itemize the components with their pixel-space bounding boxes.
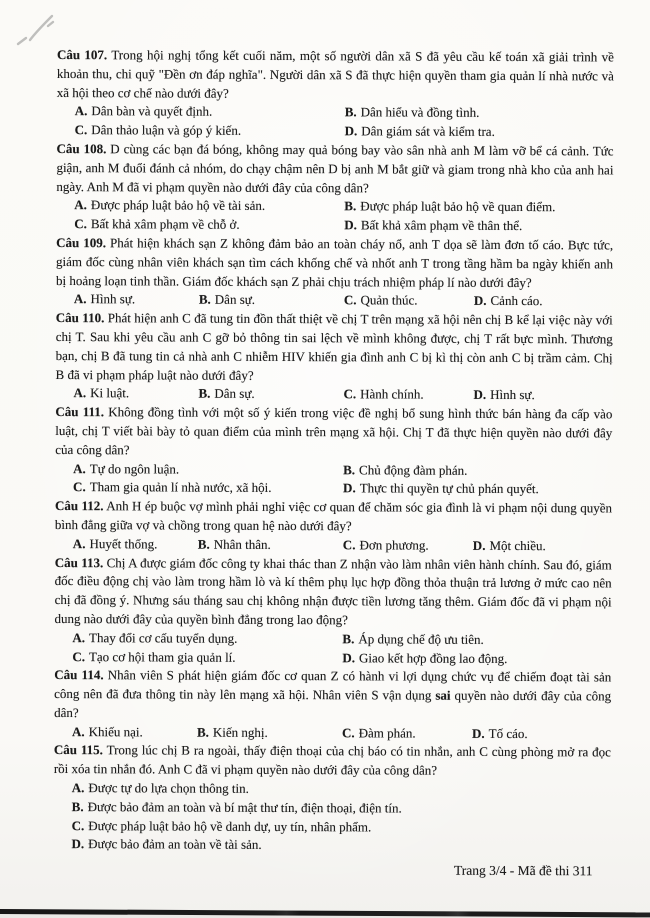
question-number: Câu 107. (57, 47, 107, 62)
option: A.Khiếu nại. (72, 723, 197, 742)
option-text: Huyết thống. (89, 536, 157, 551)
option-letter: D. (342, 650, 355, 665)
option-letter: C. (73, 479, 86, 494)
option-letter: D. (345, 123, 358, 138)
option: B.Áp dụng chế độ ưu tiên. (342, 630, 611, 650)
question-text: Câu 111. Không đồng tình với một số ý ki… (55, 403, 612, 462)
question-number: Câu 115. (54, 742, 103, 757)
option-text: Được tự do lựa chọn thông tin. (88, 780, 249, 796)
option: D.Bất khả xâm phạm về thân thể. (344, 216, 613, 236)
question-113: Câu 113. Chị A được giám đốc công ty kha… (54, 554, 611, 669)
option-text: Bất khả xâm phạm về chỗ ở. (91, 216, 240, 232)
option: A.Hình sự. (74, 290, 199, 309)
question-number: Câu 112. (55, 498, 104, 513)
options: A.Được pháp luật bảo hộ về tài sản. B.Đư… (56, 196, 613, 236)
option-text: Bất khả xâm phạm về thân thể. (361, 217, 522, 233)
option-letter: D. (474, 293, 487, 308)
question-text: Câu 107. Trong hội nghị tổng kết cuối nă… (57, 46, 614, 105)
page-footer: Trang 3/4 - Mã đề thi 311 (453, 862, 592, 881)
option: B.Nhân thân. (198, 535, 343, 554)
option-text: Được pháp luật bảo hộ về quan điểm. (360, 199, 555, 215)
option: B.Kiến nghị. (197, 723, 342, 742)
option-letter: B. (198, 386, 210, 401)
option: A.Dân bàn và quyết định. (75, 102, 345, 122)
options: A.Khiếu nại. B.Kiến nghị. C.Đàm phán. D.… (54, 723, 611, 744)
question-text: Câu 113. Chị A được giám đốc công ty kha… (54, 554, 611, 632)
option: A.Huyết thống. (73, 535, 198, 554)
option: A.Được pháp luật bảo hộ về tài sản. (74, 196, 344, 216)
option-letter: A. (72, 780, 85, 795)
scanned-exam-page: Câu 107. Trong hội nghị tổng kết cuối nă… (0, 0, 650, 918)
options: A.Được tự do lựa chọn thông tin. B.Được … (53, 779, 610, 857)
question-text: Câu 108. D cùng các bạn đá bóng, không m… (56, 140, 613, 199)
option-letter: C. (344, 293, 357, 308)
option-letter: B. (345, 105, 357, 120)
option: B.Dân sự. (199, 291, 344, 310)
option-letter: A. (74, 291, 87, 306)
question-number: Câu 111. (55, 404, 104, 419)
option-letter: D. (472, 726, 485, 741)
option-text: Cảnh cáo. (491, 293, 543, 308)
option: D.Cảnh cáo. (474, 292, 613, 311)
question-text: Câu 109. Phát hiện khách sạn Z không đảm… (56, 234, 613, 293)
option: A.Tự do ngôn luận. (73, 460, 343, 480)
question-text: Câu 115. Trong lúc chị B ra ngoài, thấy … (54, 741, 611, 781)
option-text: Dân thảo luận và góp ý kiến. (91, 122, 241, 138)
question-body: D cùng các bạn đá bóng, không may quả bó… (56, 141, 613, 195)
option: B.Dân sự. (198, 385, 343, 404)
option-text: Tố cáo. (489, 726, 528, 741)
option-letter: D. (344, 217, 357, 232)
option-text: Đơn phương. (359, 537, 428, 552)
option: D.Được bảo đảm an toàn về tài sản. (71, 836, 610, 857)
option: C.Tham gia quản lí nhà nước, xã hội. (73, 478, 343, 498)
option-letter: D. (473, 538, 486, 553)
option: D.Một chiều. (473, 537, 612, 556)
options: A.Huyết thống. B.Nhân thân. C.Đơn phương… (55, 535, 612, 556)
option-text: Được bảo đảm an toàn về tài sản. (88, 837, 262, 853)
question-number: Câu 113. (55, 555, 104, 570)
question-text: Câu 112. Anh H ép buộc vợ mình phải nghỉ… (55, 497, 612, 537)
question-115: Câu 115. Trong lúc chị B ra ngoài, thấy … (53, 741, 610, 856)
option: C.Hành chính. (343, 386, 473, 405)
question-body: Chị A được giám đốc công ty khai thác th… (54, 555, 611, 627)
option-text: Được bảo đảm an toàn và bí mật thư tín, … (88, 799, 402, 815)
option-text: Tạo cơ hội tham gia quản lí. (89, 649, 236, 665)
option-letter: C. (72, 818, 85, 833)
options: A.Hình sự. B.Dân sự. C.Quản thúc. D.Cảnh… (56, 290, 613, 311)
option-text: Chủ động đàm phán. (359, 462, 467, 477)
option-text: Nhân thân. (214, 536, 271, 551)
question-number: Câu 110. (56, 310, 105, 325)
option: B.Chủ động đàm phán. (343, 461, 612, 481)
option-letter: C. (342, 725, 355, 740)
options: A.Dân bàn và quyết định. B.Dân hiểu và đ… (57, 102, 614, 142)
question-111: Câu 111. Không đồng tình với một số ý ki… (55, 403, 612, 499)
option-letter: C. (343, 387, 356, 402)
option-text: Hành chính. (360, 387, 424, 402)
option: D.Tố cáo. (472, 725, 611, 744)
option: A.Thay đổi cơ cấu tuyển dụng. (72, 629, 342, 649)
option: B.Được bảo đảm an toàn và bí mật thư tín… (72, 798, 611, 819)
question-body: Trong lúc chị B ra ngoài, thấy điện thoạ… (54, 743, 611, 778)
option-letter: D. (473, 387, 486, 402)
question-body: Phát hiện khách sạn Z không đảm bảo an t… (56, 235, 613, 289)
option-letter: B. (199, 292, 211, 307)
question-body: Không đồng tình với một số ý kiến trong … (55, 404, 612, 457)
option-text: Được pháp luật bảo hộ về danh dự, uy tín… (88, 818, 371, 834)
question-107: Câu 107. Trong hội nghị tổng kết cuối nă… (57, 46, 614, 142)
option-letter: B. (342, 631, 354, 646)
question-110: Câu 110. Phát hiện anh C đã tung tin đồn… (55, 309, 612, 405)
option-text: Quản thúc. (361, 293, 418, 308)
options: A.Tự do ngôn luận. B.Chủ động đàm phán. … (55, 460, 612, 500)
exam-questions-block: Câu 107. Trong hội nghị tổng kết cuối nă… (53, 46, 614, 857)
option-text: Được pháp luật bảo hộ về tài sản. (91, 198, 265, 214)
option-letter: B. (343, 462, 355, 477)
option: D.Dân giám sát và kiểm tra. (345, 122, 614, 142)
option-text: Khiếu nại. (89, 724, 143, 739)
option: C.Dân thảo luận và góp ý kiến. (75, 121, 345, 141)
option-text: Dân giám sát và kiểm tra. (361, 124, 495, 140)
question-body: Anh H ép buộc vợ mình phải nghỉ việc cơ … (55, 498, 612, 533)
question-114: Câu 114. Nhân viên S phát hiện giám đốc … (54, 666, 611, 744)
option: C.Tạo cơ hội tham gia quản lí. (72, 648, 342, 668)
option: C.Đàm phán. (342, 724, 472, 743)
option: C.Đơn phương. (343, 536, 473, 555)
option-letter: A. (75, 103, 88, 118)
options: A.Thay đổi cơ cấu tuyển dụng. B.Áp dụng … (54, 629, 611, 669)
option-letter: A. (72, 724, 85, 739)
option-letter: C. (72, 649, 85, 664)
option-letter: B. (344, 199, 356, 214)
option: D.Thực thi quyền tự chủ phán quyết. (343, 480, 612, 500)
option-text: Hình sự. (91, 292, 136, 307)
option: C.Bất khả xâm phạm về chỗ ở. (74, 215, 344, 235)
options: A.Ki luật. B.Dân sự. C.Hành chính. D.Hìn… (55, 384, 612, 405)
option-letter: D. (71, 837, 84, 852)
option-text: Dân sự. (214, 386, 254, 401)
option-letter: A. (74, 197, 87, 212)
option-text: Thực thi quyền tự chủ phán quyết. (360, 481, 539, 497)
option-text: Thay đổi cơ cấu tuyển dụng. (89, 630, 237, 646)
option: C.Được pháp luật bảo hộ về danh dự, uy t… (72, 817, 611, 838)
option-letter: C. (343, 537, 356, 552)
question-body: Trong hội nghị tổng kết cuối năm, một số… (57, 47, 614, 100)
question-112: Câu 112. Anh H ép buộc vợ mình phải nghỉ… (55, 497, 612, 556)
option-letter: A. (72, 630, 85, 645)
option-text: Tự do ngôn luận. (90, 461, 179, 476)
option: B.Được pháp luật bảo hộ về quan điểm. (344, 198, 613, 218)
option-text: Một chiều. (489, 538, 545, 553)
option-text: Tham gia quản lí nhà nước, xã hội. (90, 479, 272, 495)
question-109: Câu 109. Phát hiện khách sạn Z không đảm… (56, 234, 613, 312)
question-number: Câu 109. (56, 235, 106, 250)
option-text: Đàm phán. (359, 725, 416, 740)
option-letter: C. (74, 216, 87, 231)
emphasized-word: sai (435, 688, 450, 703)
option-text: Áp dụng chế độ ưu tiên. (358, 631, 484, 647)
option: A.Được tự do lựa chọn thông tin. (72, 779, 611, 800)
question-number: Câu 114. (54, 667, 103, 682)
option: B.Dân hiểu và đồng tình. (345, 104, 614, 124)
question-108: Câu 108. D cùng các bạn đá bóng, không m… (56, 140, 613, 236)
option-letter: B. (197, 724, 209, 739)
option: C.Quản thúc. (344, 292, 474, 311)
question-text: Câu 114. Nhân viên S phát hiện giám đốc … (54, 666, 611, 725)
option-letter: B. (72, 799, 84, 814)
option-text: Giao kết hợp đồng lao động. (359, 650, 507, 666)
option: A.Ki luật. (73, 384, 198, 403)
question-number: Câu 108. (57, 141, 107, 156)
option-letter: A. (73, 385, 86, 400)
option-text: Hình sự. (490, 387, 535, 402)
option-letter: B. (198, 536, 210, 551)
question-text: Câu 110. Phát hiện anh C đã tung tin đồn… (56, 309, 613, 387)
option-text: Dân bàn và quyết định. (91, 104, 212, 120)
option-text: Ki luật. (90, 385, 129, 400)
option-letter: A. (73, 461, 86, 476)
option: D.Giao kết hợp đồng lao động. (342, 649, 611, 669)
option-text: Dân hiểu và đồng tình. (361, 105, 480, 121)
option-letter: D. (343, 481, 356, 496)
option-letter: C. (75, 122, 88, 137)
option-text: Kiến nghị. (213, 724, 268, 739)
option-text: Dân sự. (215, 292, 255, 307)
option: D.Hình sự. (473, 386, 612, 405)
question-body: Phát hiện anh C đã tung tin đồn thất thi… (56, 310, 613, 382)
option-letter: A. (73, 536, 86, 551)
